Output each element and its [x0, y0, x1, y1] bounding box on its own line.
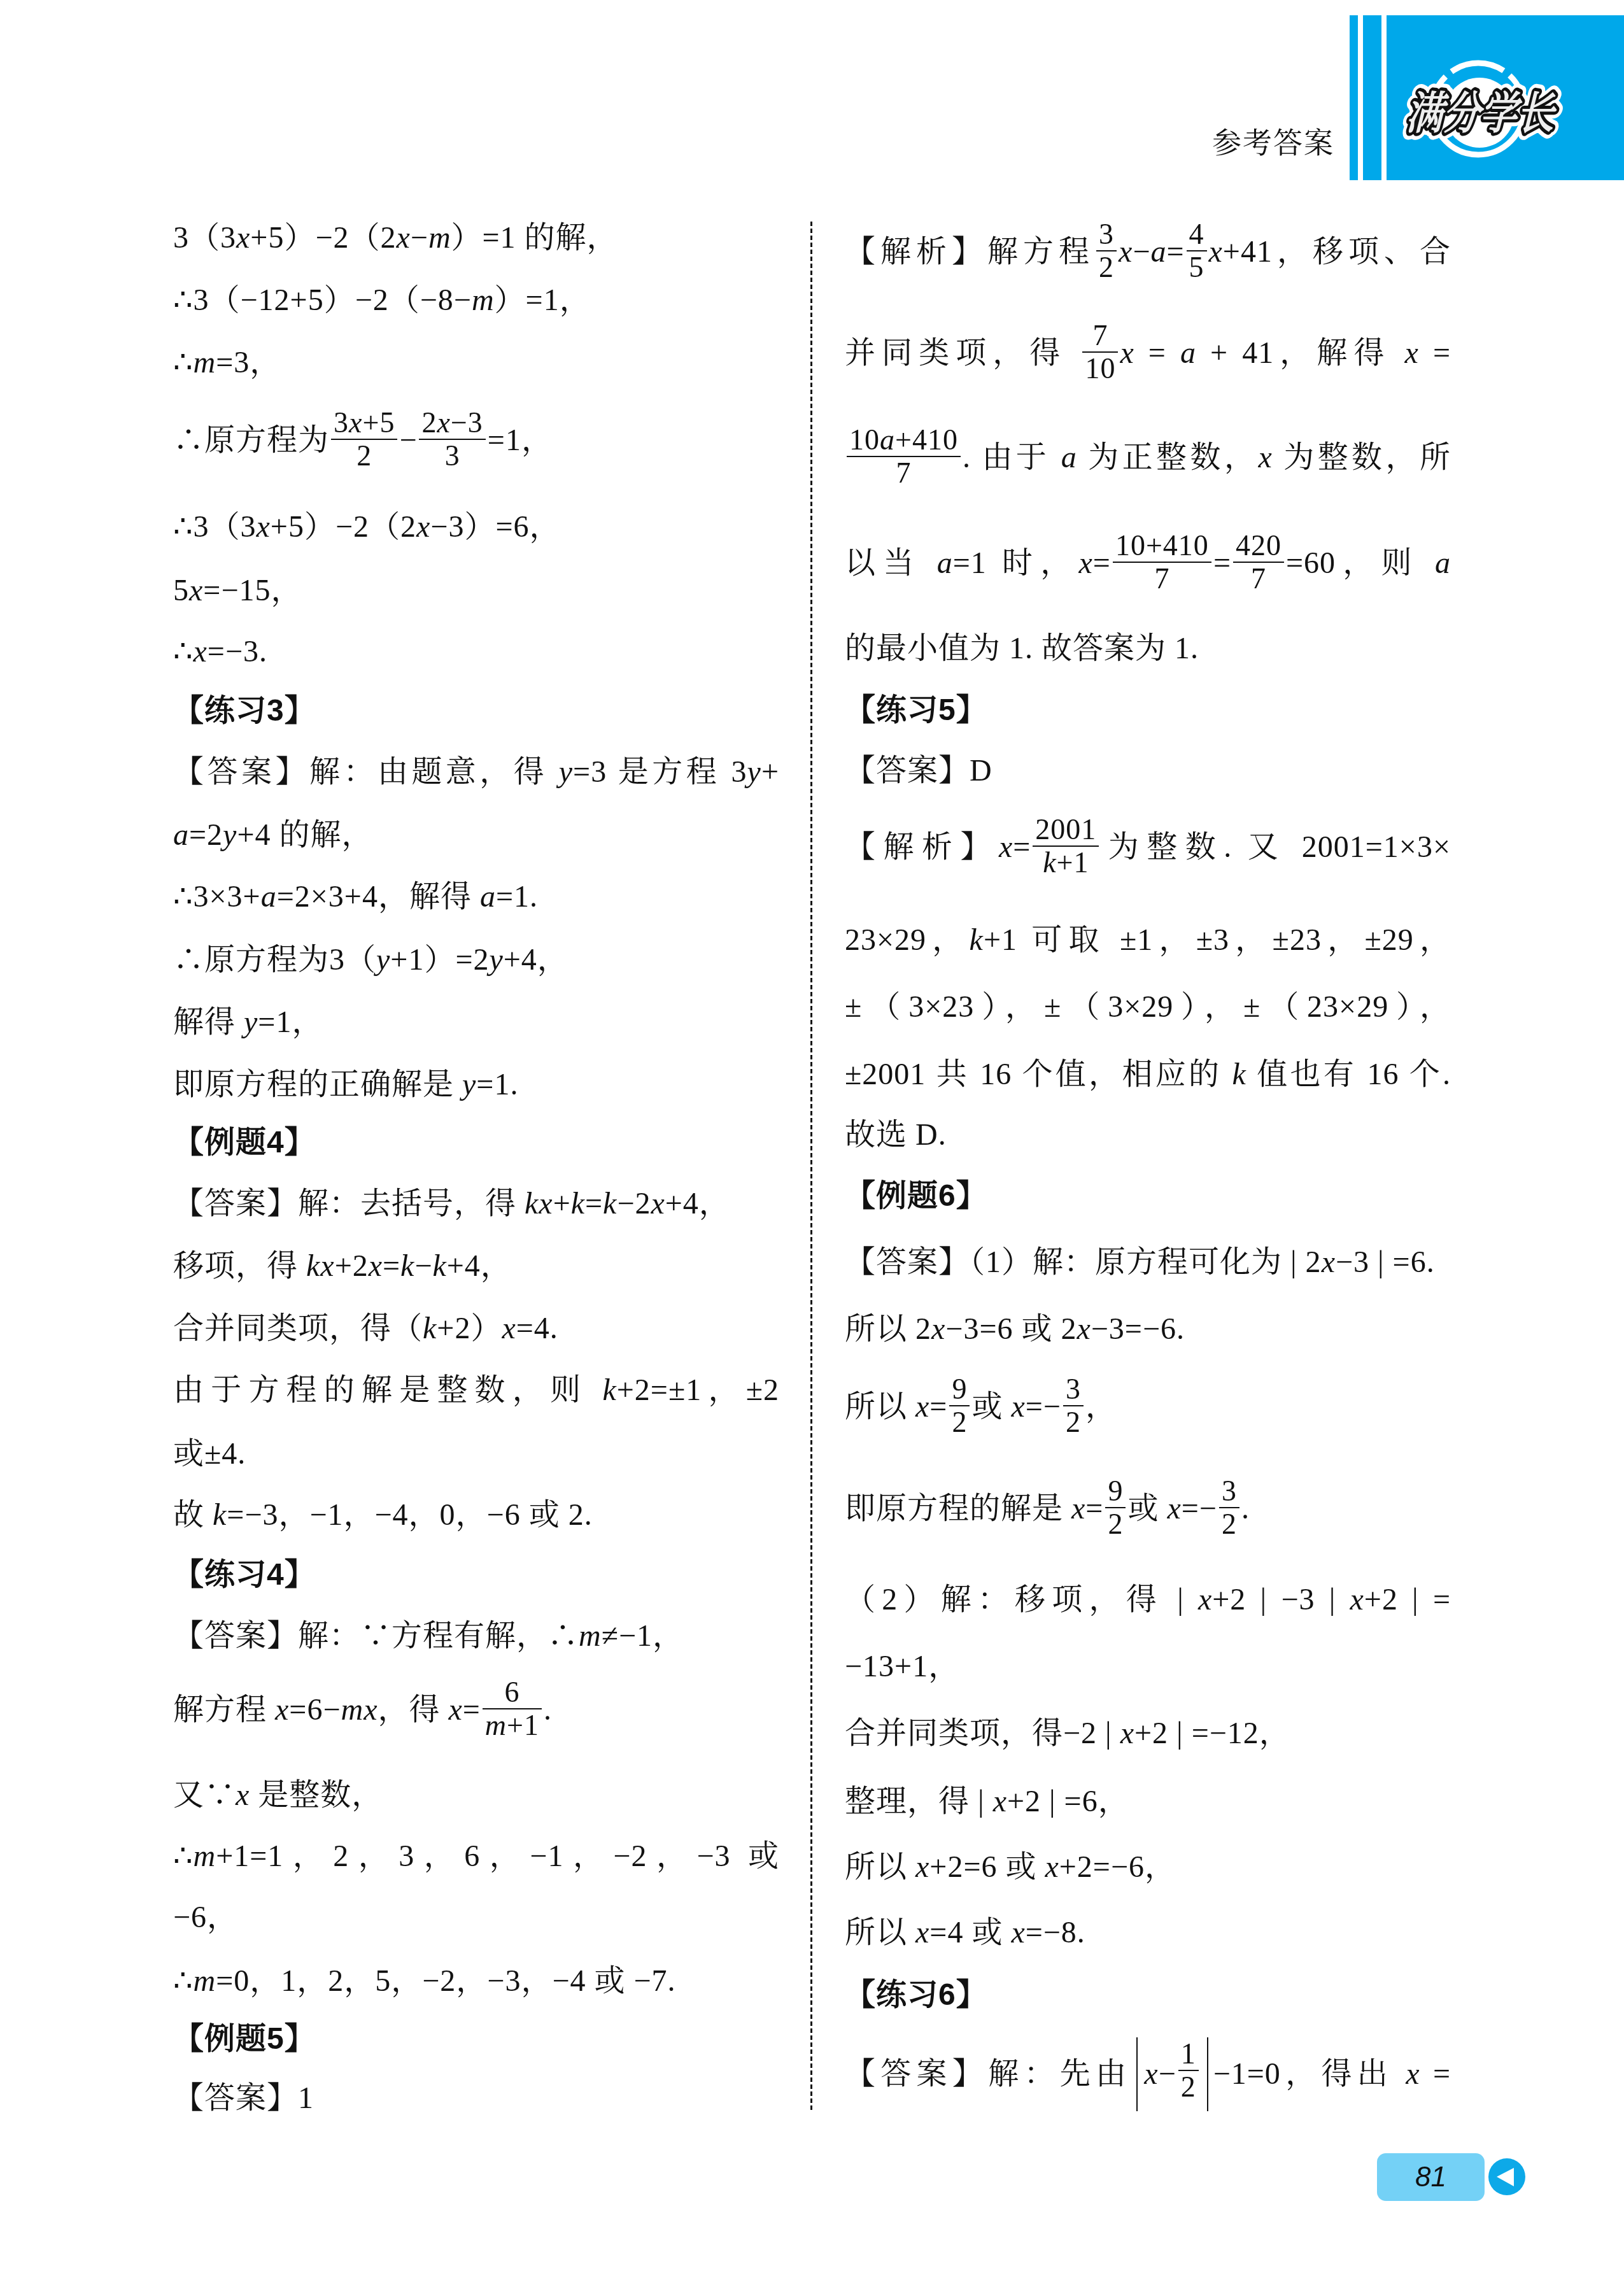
fraction-denominator: 7	[847, 457, 961, 489]
text-run: −	[1159, 2056, 1176, 2093]
text-run: ∴	[173, 635, 194, 669]
text-line: 【答案】解：先由x−12−1=0，得出 x =	[845, 2040, 1451, 2114]
text-run: 整理，得 |	[845, 1785, 993, 1818]
math-variable: a	[880, 423, 895, 456]
text-run: +	[761, 755, 779, 789]
text-run: 10	[849, 423, 880, 456]
fraction: 32	[1096, 218, 1117, 283]
math-variable: x	[993, 1785, 1007, 1818]
text-line: ±2001 共 16 个值，相应的 k 值也有 16 个.	[845, 1056, 1451, 1093]
text-run: =	[1134, 336, 1180, 370]
math-variable: m	[428, 221, 451, 255]
text-run: +1=1，2，3，6，−1，−2，−3 或	[216, 1839, 779, 1873]
text-run: +1 可取 ±1，±3，±23，±29，	[984, 923, 1451, 957]
math-variable: a	[261, 880, 277, 914]
math-variable: x	[1011, 1916, 1025, 1949]
text-line: 即原方程的解是 x=92或 x=−32.	[845, 1479, 1451, 1544]
text-run: 9	[1108, 1475, 1123, 1507]
text-run: 2	[1066, 1406, 1081, 1438]
math-variable: x	[1406, 2057, 1420, 2091]
text-line: a=2y+4 的解，	[173, 817, 779, 854]
fraction-numerator: 7	[1082, 320, 1118, 353]
text-run: 3	[334, 406, 349, 439]
text-line: 所以 x+2=6 或 x+2=−6，	[845, 1849, 1451, 1886]
text-run: 4	[1189, 218, 1204, 250]
math-variable: x	[1198, 1583, 1212, 1617]
text-run: ≠−1，	[602, 1619, 684, 1653]
text-run: 是整数，	[250, 1778, 383, 1812]
text-run: =−3.	[208, 635, 267, 669]
text-run: 所以 2	[845, 1312, 931, 1346]
text-run: =1，	[258, 1005, 323, 1039]
math-variable: x	[1120, 336, 1134, 370]
text-run: +4 的解，	[237, 818, 372, 852]
section-heading: 【练习3】	[173, 694, 316, 728]
math-variable: a	[1061, 441, 1077, 474]
math-variable: x	[1144, 2056, 1158, 2093]
math-variable: k	[602, 1373, 616, 1407]
text-run: +2	[335, 1249, 369, 1283]
text-run: =3 是方程 3	[573, 755, 747, 789]
text-line: ∴原方程为3x+52−2x−33=1，	[173, 411, 779, 476]
text-run: −6，	[173, 1900, 238, 1934]
math-variable: m	[194, 346, 216, 379]
text-run: +1）=2	[390, 943, 489, 977]
fraction: 4207	[1233, 530, 1284, 595]
section-heading: 【例题5】	[173, 2022, 316, 2056]
math-variable: x	[189, 574, 203, 607]
text-run: .	[1241, 1492, 1250, 1525]
text-run: +5）−2（2	[250, 221, 396, 255]
text-run: 【答案】1	[173, 2081, 314, 2115]
fraction-numerator: 420	[1233, 530, 1284, 563]
text-run: −3=−6.	[1091, 1312, 1185, 1346]
text-run: =−3，−1，−4，0，−6 或 2.	[227, 1498, 592, 1532]
math-variable: x	[275, 1693, 289, 1727]
text-line: −6，	[173, 1899, 779, 1936]
text-run: ∴	[173, 346, 194, 379]
text-run: ∴原方程为3（	[173, 943, 376, 977]
text-line: 故 k=−3，−1，−4，0，−6 或 2.	[173, 1497, 779, 1534]
text-run: 【答案】解：去括号，得	[173, 1187, 525, 1220]
text-run: −3=6 或 2	[945, 1312, 1077, 1346]
text-line: 【练习3】	[173, 693, 779, 730]
section-heading: 【练习5】	[845, 693, 987, 727]
text-run: 5	[1189, 251, 1204, 283]
text-run: =	[383, 1249, 400, 1283]
text-run: 2	[952, 1406, 967, 1438]
text-run: +410	[895, 423, 958, 456]
text-line: 【答案】1	[173, 2080, 779, 2117]
text-run: −3）=6，	[430, 510, 560, 544]
fraction-denominator: 2	[1178, 2071, 1199, 2103]
math-variable: k	[571, 1187, 585, 1220]
text-line: 并同类项，得 710x = a + 41，解得 x =	[845, 323, 1451, 388]
text-line: 【答案】解：去括号，得 kx+k=k−2x+4，	[173, 1185, 779, 1222]
fraction-numerator: 3	[1219, 1475, 1239, 1508]
math-variable: x	[999, 830, 1013, 864]
section-heading: 【例题6】	[845, 1179, 987, 1213]
fraction: 10+4107	[1113, 530, 1211, 595]
text-run: 解方程	[173, 1693, 275, 1727]
text-run: 【答案】解：由题意，得	[173, 755, 559, 789]
math-variable: k	[400, 1249, 414, 1283]
text-run: +2）	[437, 1312, 502, 1345]
left-column: 3（3x+5）−2（2x−m）=1 的解，∴3（−12+5）−2（−8−m）=1…	[173, 0, 779, 2278]
fraction: 92	[949, 1373, 970, 1438]
math-variable: y	[747, 755, 761, 789]
text-run: 5	[173, 574, 189, 607]
math-variable: x	[437, 406, 450, 439]
text-line: 又∵x 是整数，	[173, 1777, 779, 1814]
text-run: +5）−2（2	[271, 510, 416, 544]
text-run: ∴	[173, 1839, 194, 1873]
math-variable: x	[1405, 336, 1419, 370]
math-variable: k	[423, 1312, 437, 1345]
text-run: =	[1420, 2057, 1451, 2091]
text-run: ∴3（−12+5）−2（−8−	[173, 283, 472, 317]
fraction: 10a+4107	[847, 424, 961, 489]
fraction-denominator: 2	[949, 1406, 970, 1438]
text-run: 23×29，	[845, 923, 970, 957]
text-run: 即原方程的解是	[845, 1492, 1071, 1525]
text-run: 合并同类项，得（	[173, 1312, 423, 1345]
text-run: 所以	[845, 1916, 915, 1949]
text-run: −13+1，	[845, 1650, 959, 1683]
text-run: =−8.	[1026, 1916, 1085, 1949]
fraction-numerator: 9	[1105, 1475, 1126, 1508]
math-variable: x	[915, 1916, 929, 1949]
text-run: 3（3	[173, 221, 236, 255]
text-run: +41，移项、合	[1223, 235, 1451, 269]
section-heading: 【练习6】	[845, 1978, 987, 2012]
fraction-denominator: 2	[1219, 1508, 1239, 1540]
fraction-numerator: 2001	[1033, 814, 1099, 847]
fraction: 32	[1219, 1475, 1239, 1540]
text-line: 合并同类项，得（k+2）x=4.	[173, 1310, 779, 1347]
text-run: =1，	[488, 423, 553, 457]
text-run: ）=1 的解，	[451, 221, 618, 255]
absolute-value: x−12	[1136, 2037, 1208, 2111]
text-run: +2 | =6，	[1007, 1785, 1129, 1818]
text-run: −	[399, 423, 417, 457]
fraction-denominator: 2	[1063, 1406, 1084, 1438]
math-variable: x	[349, 406, 362, 439]
text-run: =4.	[516, 1312, 558, 1345]
math-variable: a	[937, 546, 953, 580]
fraction: 12	[1178, 2038, 1199, 2103]
math-variable: k	[970, 923, 984, 957]
text-run: 420	[1236, 529, 1282, 562]
math-variable: x	[651, 1187, 665, 1220]
text-run: .	[544, 1693, 552, 1727]
text-run: 7	[896, 456, 911, 489]
section-heading: 【练习4】	[173, 1558, 316, 1592]
text-line: 【解析】x=2001k+1为整数. 又 2001=1×3×	[845, 817, 1451, 882]
text-run: （2）解：移项，得 |	[845, 1583, 1198, 1617]
text-line: 【例题6】	[845, 1178, 1451, 1215]
fraction-numerator: 10a+410	[847, 424, 961, 457]
text-run: −3	[451, 406, 483, 439]
text-run: 或±4.	[173, 1437, 246, 1471]
fraction-denominator: 7	[1233, 563, 1284, 595]
math-variable: x	[396, 221, 410, 255]
math-variable: x	[1322, 1245, 1336, 1279]
fraction-numerator: 1	[1178, 2038, 1199, 2071]
text-run: 为正整数，	[1077, 441, 1259, 474]
math-variable: y	[223, 818, 237, 852]
math-variable: y	[462, 1068, 476, 1101]
triangle-left-icon	[1488, 2158, 1525, 2195]
text-run: =2×3+4，解得	[277, 880, 480, 914]
text-run: 又∵	[173, 1778, 236, 1812]
text-run: ∴原方程为	[173, 423, 329, 457]
text-line: 以当 a=1 时，x=10+4107=4207=60，则 a	[845, 534, 1451, 598]
math-variable: x	[1119, 235, 1133, 269]
math-variable: x	[1077, 1312, 1091, 1346]
text-run: 1	[1181, 2037, 1196, 2070]
text-line: 或±4.	[173, 1436, 779, 1473]
fraction-numerator: 3x+5	[331, 407, 397, 440]
text-run: 2	[421, 406, 437, 439]
text-run: +5	[362, 406, 395, 439]
text-run: 7	[1251, 562, 1266, 595]
text-line: ∴m=3，	[173, 344, 779, 381]
math-variable: a	[480, 880, 496, 914]
fraction-denominator: 7	[1113, 563, 1211, 595]
text-run: 所以	[845, 1850, 915, 1884]
math-variable: kx	[306, 1249, 335, 1283]
text-run: 或	[1127, 1492, 1167, 1525]
text-run: +4，	[504, 943, 568, 977]
math-variable: m	[194, 1839, 216, 1873]
math-variable: x	[236, 221, 250, 255]
fraction-denominator: k+1	[1033, 847, 1099, 879]
text-run: =1.	[496, 880, 538, 914]
math-variable: x	[257, 510, 271, 544]
text-run: −	[411, 221, 428, 255]
text-run: −	[414, 1249, 432, 1283]
fraction: 710	[1082, 320, 1118, 385]
text-run: 2	[1108, 1508, 1123, 1540]
text-line: 【练习5】	[845, 692, 1451, 729]
text-run: +4，	[447, 1249, 512, 1283]
text-run: =6−	[289, 1693, 341, 1727]
text-run: 故选 D.	[845, 1118, 947, 1152]
column-divider	[810, 222, 812, 2111]
math-variable: x	[1209, 235, 1223, 269]
fraction-numerator: 3	[1096, 218, 1117, 251]
text-line: ∴x=−3.	[173, 633, 779, 670]
fraction-denominator: m+1	[483, 1709, 542, 1741]
text-run: ∴	[173, 1964, 194, 1998]
fraction-denominator: 2	[1105, 1508, 1126, 1540]
text-line: 23×29，k+1 可取 ±1，±3，±23，±29，	[845, 922, 1451, 959]
text-run: 所以	[845, 1390, 915, 1424]
text-line: ∴m=0，1，2，5，−2，−3，−4 或 −7.	[173, 1963, 779, 2000]
text-run: +2 | =−12，	[1134, 1716, 1290, 1750]
text-run: =	[1085, 1492, 1103, 1525]
text-run: +1	[1057, 846, 1089, 879]
text-run: 【答案】解：先由	[845, 2057, 1131, 2091]
math-variable: x	[416, 510, 430, 544]
text-line: 所以 2x−3=6 或 2x−3=−6.	[845, 1311, 1451, 1348]
math-variable: kx	[525, 1187, 553, 1220]
math-variable: m	[194, 1964, 216, 1998]
text-run: =	[1013, 830, 1031, 864]
section-heading: 【例题4】	[173, 1126, 316, 1159]
text-run: 【解析】	[845, 830, 999, 864]
text-run: ）=1，	[495, 283, 591, 317]
text-run: +1	[507, 1709, 539, 1741]
text-run: −	[1133, 235, 1150, 269]
fraction-denominator: 2	[1096, 251, 1117, 283]
math-variable: x	[915, 1850, 929, 1884]
math-variable: x	[1079, 546, 1093, 580]
text-run: 解得	[173, 1005, 244, 1039]
text-run: 10	[1085, 352, 1115, 385]
text-line: 3（3x+5）−2（2x−m）=1 的解，	[173, 220, 779, 257]
math-variable: x	[931, 1312, 945, 1346]
text-line: 【答案】解：∵方程有解，∴m≠−1，	[173, 1618, 779, 1655]
text-run: =	[1213, 546, 1231, 580]
text-run: +2=−6，	[1059, 1850, 1176, 1884]
text-run: 并同类项，得	[845, 336, 1080, 370]
text-run: ∴3（3	[173, 510, 257, 544]
text-run: 3	[1066, 1373, 1081, 1405]
text-line: 【解析】解方程32x−a=45x+41，移项、合	[845, 222, 1451, 287]
text-run: 【答案】D	[845, 754, 992, 788]
text-run: ，得	[378, 1693, 448, 1727]
text-line: −13+1，	[845, 1648, 1451, 1685]
fraction-numerator: 9	[949, 1373, 970, 1406]
text-run: 值也有 16 个.	[1246, 1058, 1451, 1091]
text-run: =1.	[476, 1068, 518, 1101]
text-run: ，	[1085, 1390, 1117, 1424]
fraction: 2001k+1	[1033, 814, 1099, 879]
text-run: =	[585, 1187, 603, 1220]
fraction: 32	[1063, 1373, 1084, 1438]
math-variable: x	[1045, 1850, 1059, 1884]
text-run: 移项，得	[173, 1249, 306, 1283]
text-run: 合并同类项，得−2 |	[845, 1716, 1120, 1750]
text-line: 【练习6】	[845, 1977, 1451, 2014]
fraction: 2x−33	[419, 407, 485, 472]
fraction-numerator: 2x−3	[419, 407, 485, 440]
fraction-numerator: 3	[1063, 1373, 1084, 1406]
text-run: 为整数. 又 2001=1×3×	[1101, 830, 1451, 864]
text-run: 故	[173, 1498, 213, 1532]
math-variable: x	[1120, 1716, 1134, 1750]
text-run: 6	[504, 1676, 519, 1708]
text-run: +2=±1，±2	[617, 1373, 779, 1407]
text-run: 7	[1092, 319, 1108, 351]
text-line: 【练习4】	[173, 1557, 779, 1594]
math-variable: k	[1043, 846, 1056, 879]
math-variable: x	[448, 1693, 462, 1727]
text-line: 【答案】（1）解：原方程可化为 | 2x−3 | =6.	[845, 1244, 1451, 1281]
text-run: 【解析】解方程	[845, 235, 1094, 269]
math-variable: x	[236, 1778, 250, 1812]
text-line: ±（3×23），±（3×29），±（23×29），	[845, 989, 1451, 1026]
text-run: 或	[971, 1390, 1011, 1424]
text-run: ±2001 共 16 个值，相应的	[845, 1058, 1232, 1091]
math-variable: x	[502, 1312, 516, 1345]
text-run: =1 时，	[953, 546, 1079, 580]
text-line: 所以 x=4 或 x=−8.	[845, 1914, 1451, 1951]
text-run: 即原方程的正确解是	[173, 1068, 462, 1101]
text-run: 【答案】解：∵方程有解，∴	[173, 1619, 579, 1653]
text-run: 以当	[845, 546, 937, 580]
text-run: 的最小值为 1. 故答案为 1.	[845, 632, 1199, 665]
math-variable: a	[173, 818, 189, 852]
fraction-numerator: 4	[1187, 218, 1207, 251]
fraction: 92	[1105, 1475, 1126, 1540]
math-variable: y	[489, 943, 503, 977]
text-run: + 41，解得	[1196, 336, 1405, 370]
text-run: 7	[1154, 562, 1169, 595]
math-variable: x	[1350, 1583, 1364, 1617]
text-line: 【例题4】	[173, 1124, 779, 1161]
math-variable: x	[194, 635, 208, 669]
math-variable: x	[369, 1249, 383, 1283]
fraction-numerator: 6	[483, 1676, 542, 1709]
text-line: 解得 y=1，	[173, 1004, 779, 1041]
text-run: ±（3×23），±（3×29），±（23×29），	[845, 990, 1451, 1024]
text-run: 3	[445, 439, 460, 472]
math-variable: y	[244, 1005, 258, 1039]
text-run: 2	[357, 439, 372, 472]
right-column: 【解析】解方程32x−a=45x+41，移项、合并同类项，得 710x = a …	[845, 0, 1451, 2278]
math-variable: k	[213, 1498, 227, 1532]
math-variable: m	[579, 1619, 602, 1653]
fraction: 45	[1187, 218, 1207, 283]
math-variable: x	[1011, 1390, 1025, 1424]
text-run: 2	[1222, 1508, 1237, 1540]
page-number: 81	[1377, 2153, 1485, 2201]
text-run: −2	[617, 1187, 651, 1220]
text-line: （2）解：移项，得 | x+2 | −3 | x+2 | =	[845, 1581, 1451, 1618]
text-run: −3 | =6.	[1336, 1245, 1435, 1279]
text-run: −1=0，得出	[1213, 2057, 1406, 2091]
text-run: +4，	[665, 1187, 730, 1220]
text-line: ∴m+1=1，2，3，6，−1，−2，−3 或	[173, 1838, 779, 1875]
math-variable: k	[432, 1249, 446, 1283]
text-line: 故选 D.	[845, 1117, 1451, 1154]
text-run: =60，则	[1286, 546, 1435, 580]
text-run: =2	[189, 818, 223, 852]
math-variable: y	[559, 755, 573, 789]
math-variable: x	[1167, 1492, 1181, 1525]
math-variable: a	[1150, 235, 1166, 269]
math-variable: x	[1071, 1492, 1085, 1525]
text-run: ∴3×3+	[173, 880, 261, 914]
text-run: =−	[1182, 1492, 1217, 1525]
text-run: +2 | =	[1364, 1583, 1451, 1617]
text-line: 即原方程的正确解是 y=1.	[173, 1066, 779, 1103]
text-run: =	[1419, 336, 1451, 370]
text-run: +2 | −3 |	[1212, 1583, 1350, 1617]
text-run: 2	[1099, 251, 1114, 283]
text-run: =−	[1026, 1390, 1061, 1424]
fraction: 6m+1	[483, 1676, 542, 1741]
fraction-denominator: 5	[1187, 251, 1207, 283]
text-line: 的最小值为 1. 故答案为 1.	[845, 630, 1451, 667]
text-run: 2001	[1035, 813, 1096, 845]
text-line: 解方程 x=6−mx，得 x=6m+1.	[173, 1680, 779, 1745]
fraction-denominator: 2	[331, 440, 397, 472]
text-line: 【答案】解：由题意，得 y=3 是方程 3y+	[173, 754, 779, 791]
